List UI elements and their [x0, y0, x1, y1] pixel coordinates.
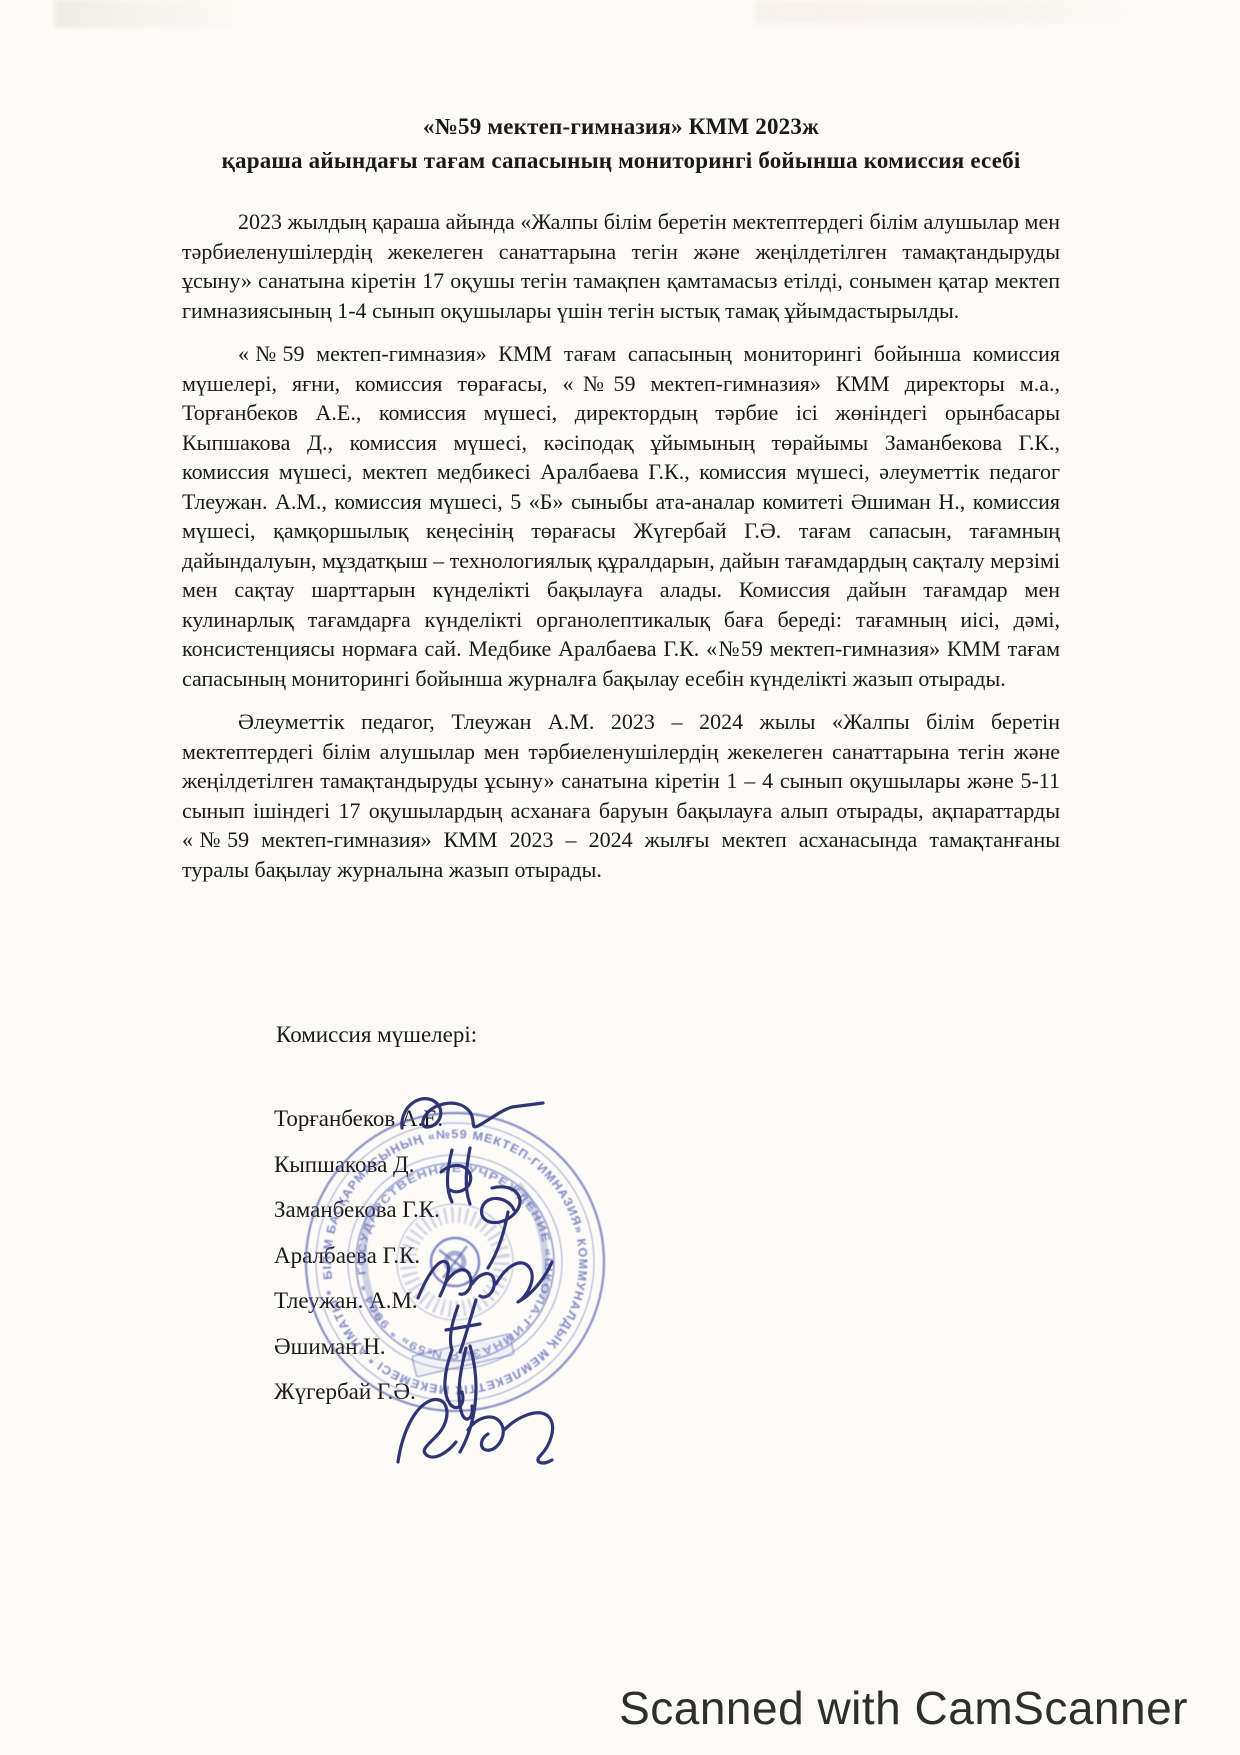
scan-artifact-top-left	[55, 0, 275, 28]
title-line-2: қараша айындағы тағам сапасының монитори…	[182, 144, 1060, 178]
members-heading: Комиссия мүшелері:	[276, 1022, 477, 1048]
paragraph-1: 2023 жылдың қараша айында «Жалпы білім б…	[182, 207, 1060, 325]
document-title: «№59 мектеп-гимназия» КММ 2023ж қараша а…	[182, 110, 1060, 178]
member-name: Жүгербай Г.Ә.	[274, 1379, 416, 1404]
member-name: Заманбекова Г.К.	[274, 1197, 440, 1222]
scan-artifact-top-right	[755, 0, 1185, 24]
member-row: Әшиман Н.	[274, 1334, 443, 1380]
signature-tleuzhan	[446, 1300, 480, 1352]
title-line-1: «№59 мектеп-гимназия» КММ 2023ж	[182, 110, 1060, 144]
signature-zamanbekova	[482, 1187, 520, 1268]
member-row: Тлеужан. А.М.	[274, 1288, 443, 1334]
member-row: Жүгербай Г.Ә.	[274, 1379, 443, 1425]
member-row: Кыпшакова Д.	[274, 1152, 443, 1198]
scanned-document-page: «№59 мектеп-гимназия» КММ 2023ж қараша а…	[0, 0, 1240, 1755]
member-name: Әшиман Н.	[274, 1334, 386, 1359]
paragraph-2: «№59 мектеп-гимназия» КММ тағам сапасыны…	[182, 339, 1060, 693]
member-name: Тлеужан. А.М.	[274, 1288, 418, 1313]
members-list: Торғанбеков А.Е. Кыпшакова Д. Заманбеков…	[274, 1106, 443, 1425]
member-row: Аралбаева Г.К.	[274, 1243, 443, 1289]
member-name: Торғанбеков А.Е.	[274, 1106, 443, 1131]
member-name: Кыпшакова Д.	[274, 1152, 414, 1177]
signature-kypshakova	[441, 1148, 471, 1204]
signature-ashiman	[445, 1346, 476, 1452]
camscanner-watermark: Scanned with CamScanner	[619, 1681, 1188, 1735]
paragraph-3: Әлеуметтік педагог, Тлеужан А.М. 2023 – …	[182, 707, 1060, 884]
member-row: Торғанбеков А.Е.	[274, 1106, 443, 1152]
document-body: 2023 жылдың қараша айында «Жалпы білім б…	[182, 207, 1060, 898]
member-row: Заманбекова Г.К.	[274, 1197, 443, 1243]
member-name: Аралбаева Г.К.	[274, 1243, 420, 1268]
